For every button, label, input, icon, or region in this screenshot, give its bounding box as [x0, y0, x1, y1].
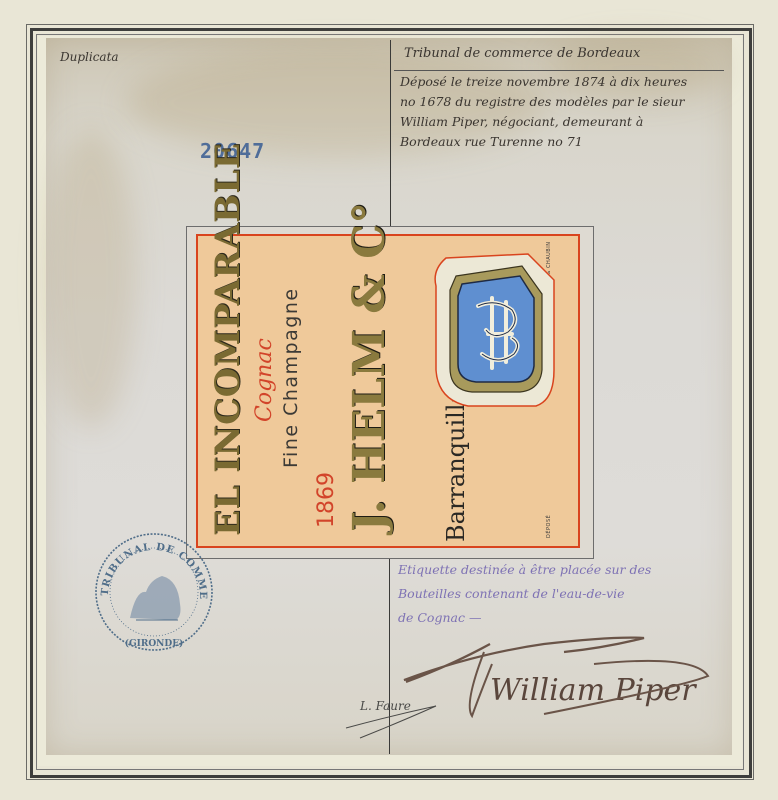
signature-clerk: L. Faure [340, 680, 450, 750]
monogram-crest-icon [428, 250, 558, 410]
heading-underline [394, 70, 724, 71]
deposit-line: Déposé le treize novembre 1874 à dix heu… [400, 72, 740, 92]
cognac-label: EL INCOMPARABLE Cognac Fine Champagne 18… [196, 234, 580, 548]
label-grade: Fine Champagne [280, 287, 302, 468]
clerk-signature-text: L. Faure [359, 699, 411, 713]
deposit-note: Déposé le treize novembre 1874 à dix heu… [400, 72, 740, 152]
deposit-line: William Piper, négociant, demeurant à [400, 112, 740, 132]
label-title: EL INCOMPARABLE [208, 143, 248, 536]
tribunal-seal-icon: TRIBUNAL DE COMMERCE DE BORDEAUX (GIROND… [92, 530, 216, 654]
tribunal-heading: Tribunal de commerce de Bordeaux [404, 46, 640, 61]
divider-vertical-top [390, 40, 391, 226]
description-line: Bouteilles contenant de l'eau-de-vie [398, 582, 738, 606]
deposit-line: no 1678 du registre des modèles par le s… [400, 92, 740, 112]
signature-text: William Piper [490, 673, 697, 708]
label-maker: J. HELM & C° [344, 202, 395, 532]
label-product: Cognac [252, 338, 277, 422]
water-stain [46, 128, 136, 428]
duplicata-annotation: Duplicata [60, 50, 119, 64]
deposit-line: Bordeaux rue Turenne no 71 [400, 132, 740, 152]
label-year: 1869 [314, 472, 339, 528]
seal-bottom-text: (GIRONDE) [125, 638, 184, 649]
label-description-note: Etiquette destinée à être placée sur des… [398, 558, 738, 630]
description-line: Etiquette destinée à être placée sur des [398, 558, 738, 582]
deposit-mark: DÉPOSÉ [546, 515, 552, 538]
